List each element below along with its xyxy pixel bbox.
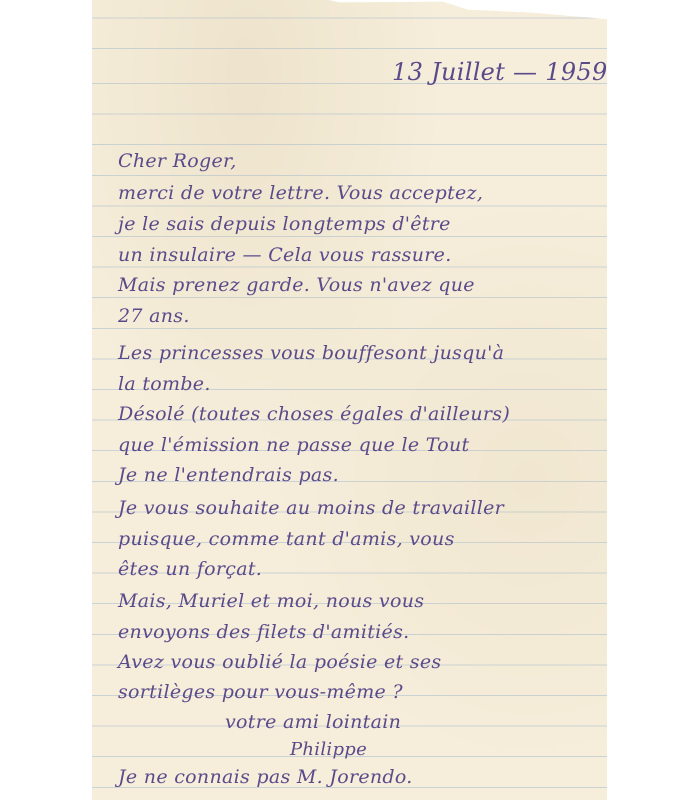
letter-line: Les princesses vous bouffesont jusqu'à (118, 342, 504, 364)
letter-line: Avez vous oublié la poésie et ses (118, 651, 441, 673)
letter-line: sortilèges pour vous-même ? (118, 681, 403, 703)
letter-line: puisque, comme tant d'amis, vous (118, 528, 455, 550)
letter-line: Désolé (toutes choses égales d'ailleurs) (118, 403, 510, 425)
letter-line: merci de votre lettre. Vous acceptez, (118, 182, 483, 204)
letter-postscript: Je ne connais pas M. Jorendo. (118, 766, 413, 788)
letter-line: la tombe. (118, 373, 211, 395)
letter-signature: Philippe (290, 739, 367, 760)
letter-salutation: Cher Roger, (118, 150, 237, 172)
letter-line: un insulaire — Cela vous rassure. (118, 244, 452, 266)
letter-line: que l'émission ne passe que le Tout (118, 434, 469, 456)
letter-line: je le sais depuis longtemps d'être (118, 213, 451, 235)
letter-date: 13 Juillet — 1959 (392, 58, 608, 86)
letter-line: êtes un forçat. (118, 558, 262, 580)
letter-line: envoyons des filets d'amitiés. (118, 621, 409, 643)
letter-line: 27 ans. (118, 305, 190, 327)
letter-line: Je vous souhaite au moins de travailler (118, 497, 504, 519)
letter-closing: votre ami lointain (225, 711, 401, 733)
letter-line: Mais, Muriel et moi, nous vous (118, 590, 424, 612)
letter-line: Je ne l'entendrais pas. (118, 464, 339, 486)
letter-line: Mais prenez garde. Vous n'avez que (118, 274, 475, 296)
letter-paper (92, 0, 607, 800)
